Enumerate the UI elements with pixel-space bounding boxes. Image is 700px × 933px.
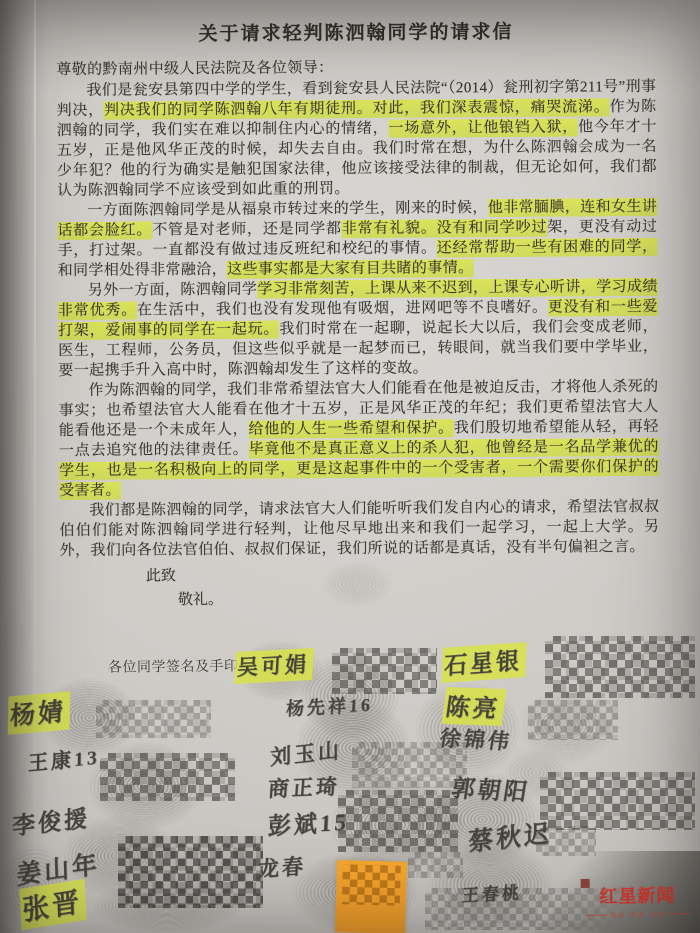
letter-title: 关于请求轻判陈泗翰同学的请求信 [56, 16, 656, 47]
pixelated-censor [528, 700, 618, 740]
paper-fold-highlight [34, 0, 36, 933]
signature-name: 郭朝阳 [449, 770, 532, 807]
signature-name: 徐锦伟 [438, 722, 515, 756]
pixelated-censor [540, 772, 695, 830]
signature-name: 杨先祥16 [285, 691, 373, 722]
letter-paragraph: 我们是瓮安县第四中学的学生，看到瓮安县人民法院“（2014）瓮刑初字第211号”… [56, 77, 657, 201]
letter-paragraph: 我们都是陈泗翰的同学，请求法官大人们能听听我们发自内心的请求，希望法官叔叔伯伯们… [59, 497, 659, 561]
text-segment: 我们都是陈泗翰的同学，请求法官大人们能听听我们发自内心的请求，希望法官叔叔伯伯们… [59, 499, 659, 559]
sticker-censor-blocks [342, 864, 401, 906]
signature-name: 彭斌15 [267, 804, 350, 841]
pixelated-censor [118, 836, 263, 908]
highlighted-text: 非常有礼貌。没有和同学吵过 [342, 219, 548, 238]
signature-name: 杨婧 [8, 691, 70, 735]
letter-closing-cizhi: 此致 [146, 561, 660, 589]
pixelated-censor [96, 700, 211, 738]
signature-name: 商正琦 [267, 771, 341, 804]
photo-corner-background: 红星新闻 锐度 深度 温度 [535, 851, 700, 933]
red-star-news-logo: 红星新闻 锐度 深度 温度 [585, 881, 691, 920]
text-segment: 另外一方面，陈泗翰同学 [88, 282, 258, 299]
pixelated-censor [100, 753, 235, 801]
signature-name: 石星银 [441, 642, 526, 683]
logo-mark [581, 879, 590, 888]
highlighted-text: 这些事实都是大家有目共睹的事情。 [227, 259, 474, 279]
signature-name: 吴可娟 [234, 648, 314, 684]
text-segment: 和同学相处得非常融洽， [58, 262, 228, 279]
pixelated-censor [332, 648, 437, 694]
fingerprint-mark [322, 562, 392, 607]
pixelated-censor [545, 636, 695, 698]
signature-name: 陈亮 [441, 687, 506, 726]
signature-name: 王春桃 [461, 878, 522, 906]
highlighted-text: 还经常帮助一些有困难的同学， [437, 238, 658, 258]
logo-tagline: 锐度 深度 温度 [585, 909, 690, 920]
signature-name: 王康13 [28, 741, 100, 776]
highlighted-text: 一场意外，让他锒铛入狱， [388, 118, 578, 137]
letter-closing-jingli: 敬礼。 [178, 585, 660, 612]
text-segment: 一方面陈泗翰同学是从福泉市转过来的学生，刚来的时候， [87, 200, 488, 219]
letter-paragraph: 另外一方面，陈泗翰同学学习非常刻苦，上课从来不迟到，上课专心听讲，学习成绩非常优… [58, 277, 659, 381]
letter-paragraph: 作为陈泗翰的同学，我们非常希望法官大人们能看在他是被迫反击，才将他人杀死的事实；… [58, 377, 659, 501]
signature-name: 龙春 [258, 850, 307, 883]
letter-paragraph: 一方面陈泗翰同学是从福泉市转过来的学生，刚来的时候，他非常腼腆，连和女生讲话都会… [57, 197, 658, 281]
document-photo: 关于请求轻判陈泗翰同学的请求信 尊敬的黔南州中级人民法院及各位领导： 我们是瓮安… [0, 0, 700, 933]
orange-sticker [335, 860, 407, 933]
pixelated-censor [408, 852, 463, 878]
text-segment: 不管是对老师，还是同学都 [152, 221, 342, 238]
logo-text: 红星新闻 [585, 881, 690, 909]
highlighted-text: 判决我们的同学陈泗翰八年有期徒刑。对此，我们深表震惊，痛哭流涕。 [104, 98, 610, 120]
petition-letter: 关于请求轻判陈泗翰同学的请求信 尊敬的黔南州中级人民法院及各位领导： 我们是瓮安… [56, 16, 660, 613]
paper-fold-shadow [0, 0, 34, 933]
signature-name: 张晋 [19, 879, 86, 930]
highlighted-text: 给他的人生一些希望和保护。 [248, 419, 454, 438]
signature-section-label: 各位同学签名及手印： [108, 655, 253, 677]
letter-body: 我们是瓮安县第四中学的学生，看到瓮安县人民法院“（2014）瓮刑初字第211号”… [56, 77, 659, 561]
pixelated-censor [338, 790, 458, 852]
text-segment: 在生活中，我们也没有发现他有吸烟，进网吧等不良嗜好。 [137, 300, 548, 319]
